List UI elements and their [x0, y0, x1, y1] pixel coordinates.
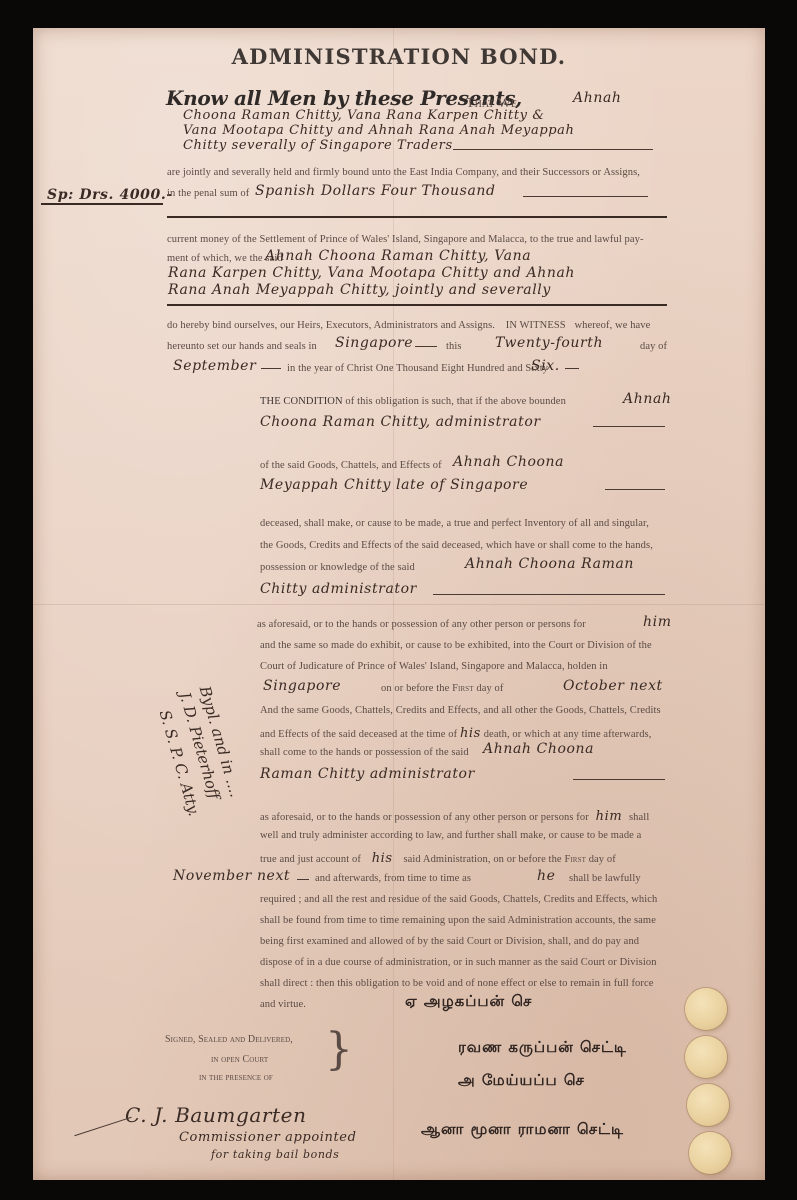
year-dash — [565, 368, 579, 369]
in-open-court: in open Court — [211, 1054, 268, 1065]
witness-rest: whereof, we have — [574, 320, 650, 331]
condition-hw-10: his — [372, 851, 393, 866]
condition-line-10: And the same Goods, Chattels, Credits an… — [260, 705, 661, 716]
seal-4 — [689, 1132, 731, 1174]
obligor-handwriting-line-0: Ahnah — [573, 90, 622, 106]
condition-line-15c: day of — [589, 854, 616, 865]
condition-caps: THE CONDITION — [260, 396, 343, 407]
day-handwriting: Twenty-fourth — [495, 335, 603, 351]
condition-line-13a: as aforesaid, or to the hands or possess… — [260, 812, 589, 823]
condition-line-1: THE CONDITION of this obligation is such… — [260, 396, 566, 407]
tamil-signature-3: அ மேய்யப்ப செ — [458, 1071, 585, 1091]
condition-fill-2 — [605, 489, 665, 490]
condition-line-15b: said Administration, on or before the — [403, 854, 561, 865]
condition-line-6: as aforesaid, or to the hands or possess… — [257, 619, 586, 630]
condition-line-19: being first examined and allowed of by t… — [260, 936, 639, 947]
condition-line-20: dispose of in a due course of administra… — [260, 957, 657, 968]
in-presence-of: in the presence of — [199, 1073, 273, 1083]
bond-document-paper: ADMINISTRATION BOND. Know all Men by the… — [33, 28, 765, 1180]
condition-hw-8b: Raman Chitty administrator — [260, 766, 475, 782]
condition-hw-2b: Meyappah Chitty late of Singapore — [260, 477, 528, 493]
condition-line-22: and virtue. — [260, 999, 306, 1010]
seal-2 — [685, 1036, 727, 1078]
payment-handwriting-line-1: Rana Karpen Chitty, Vana Mootapa Chitty … — [168, 265, 575, 281]
condition-hw-2a: Ahnah Choona — [453, 454, 564, 470]
signed-sealed-delivered: Signed, Sealed and Delivered, — [165, 1034, 293, 1045]
condition-line-21: shall direct : then this obligation to b… — [260, 978, 654, 989]
condition-hw-11: November next — [173, 868, 290, 884]
condition-hw-3a: Ahnah Choona Raman — [465, 556, 634, 572]
condition-hw-1a: Ahnah — [623, 391, 672, 407]
first-label-2: First — [564, 854, 586, 865]
seals-prefix-text: hereunto set our hands and seals in — [167, 341, 317, 352]
condition-line-3: deceased, shall make, or cause to be mad… — [260, 518, 649, 529]
condition-line-15: true and just account of his said Admini… — [260, 851, 616, 866]
this-label: this — [446, 341, 462, 352]
condition-line-11b: death, or which at any time afterwards, — [484, 729, 652, 740]
condition-line-13: as aforesaid, or to the hands or possess… — [260, 809, 649, 824]
document-title: ADMINISTRATION BOND. — [33, 44, 765, 69]
bind-text: do hereby bind ourselves, our Heirs, Exe… — [167, 320, 495, 331]
bind-ourselves-text: do hereby bind ourselves, our Heirs, Exe… — [167, 320, 650, 331]
condition-line-17: required ; and all the rest and residue … — [260, 894, 657, 905]
condition-hw-4: him — [643, 614, 672, 630]
commissioner-note-2: for taking bail bonds — [211, 1148, 339, 1161]
obligor-fill-line — [453, 149, 653, 150]
condition-fill-1 — [593, 426, 665, 427]
obligor-handwriting-line-2: Vana Mootapa Chitty and Ahnah Rana Anah … — [183, 123, 575, 138]
penal-sum-fill-line — [523, 196, 648, 197]
margin-amount-underline — [41, 203, 163, 205]
commissioner-signature: C. J. Baumgarten — [125, 1103, 307, 1127]
seal-1 — [685, 988, 727, 1030]
condition-line-9b: day of — [476, 683, 503, 694]
goods-prefix-text: of the said Goods, Chattels, and Effects… — [260, 460, 442, 471]
condition-line-11: and Effects of the said deceased at the … — [260, 726, 651, 741]
day-of-label: day of — [640, 341, 667, 352]
condition-line-8: Court of Judicature of Prince of Wales' … — [260, 661, 608, 672]
condition-line-12: shall come to the hands or possession of… — [260, 747, 469, 758]
condition-line-16a: and afterwards, from time to time as — [315, 873, 471, 884]
penal-sum-handwriting: Spanish Dollars Four Thousand — [255, 183, 496, 199]
condition-line-9a: on or before the — [381, 683, 449, 694]
condition-fill-8 — [573, 779, 665, 780]
payment-handwriting-line-0: Ahnah Choona Raman Chitty, Vana — [265, 248, 531, 264]
obligor-handwriting-line-1: Choona Raman Chitty, Vana Rana Karpen Ch… — [183, 108, 545, 123]
year-handwriting: Six. — [531, 358, 560, 374]
condition-line-18: shall be found from time to time remaini… — [260, 915, 656, 926]
place-handwriting: Singapore — [335, 335, 413, 351]
condition-line-11a: and Effects of the said deceased at the … — [260, 729, 457, 740]
currency-text: current money of the Settlement of Princ… — [167, 234, 644, 245]
condition-line-9: on or before the First day of — [381, 683, 504, 694]
condition-line-14: well and truly administer according to l… — [260, 830, 641, 841]
tamil-signature-2: ரவண கருப்பன் செட்டி — [458, 1038, 627, 1058]
attestation-brace: } — [325, 1028, 353, 1072]
bound-unto-text: are jointly and severally held and firml… — [167, 167, 640, 178]
condition-hw-12: he — [537, 868, 556, 884]
november-dash — [297, 879, 309, 880]
condition-hw-5: Singapore — [263, 678, 341, 694]
margin-amount: Sp: Drs. 4000.- — [47, 187, 173, 203]
obligor-handwriting-line-3: Chitty severally of Singapore Traders — [183, 138, 453, 153]
seal-3 — [687, 1084, 729, 1126]
payment-handwriting-line-2: Rana Anah Meyappah Chitty, jointly and s… — [168, 282, 551, 298]
condition-fill-3 — [433, 594, 665, 595]
year-text: in the year of Christ One Thousand Eight… — [287, 363, 548, 374]
place-dash — [415, 346, 437, 347]
fold-crease-horizontal — [33, 604, 765, 605]
condition-line-13b: shall — [629, 812, 649, 823]
condition-hw-3b: Chitty administrator — [260, 581, 417, 597]
month-handwriting: September — [173, 358, 256, 374]
commissioner-note-1: Commissioner appointed — [179, 1130, 357, 1145]
penal-sum-label: in the penal sum of — [167, 188, 249, 199]
condition-line-4: the Goods, Credits and Effects of the sa… — [260, 540, 653, 551]
condition-hw-9: him — [596, 809, 623, 824]
condition-line-16b: shall be lawfully — [569, 873, 641, 884]
tamil-signature-1: ஏ அழகப்பன் செ — [405, 992, 532, 1012]
tamil-signature-4: ஆனா மூனா ராமனா செட்டி — [421, 1120, 624, 1140]
month-dash — [261, 368, 281, 369]
condition-hw-1b: Choona Raman Chitty, administrator — [260, 414, 541, 430]
first-label-1: First — [452, 683, 474, 694]
condition-line-7: and the same so made do exhibit, or caus… — [260, 640, 652, 651]
condition-line-1-text: of this obligation is such, that if the … — [345, 396, 566, 407]
margin-amount-text: Sp: Drs. 4000.- — [47, 187, 173, 203]
witness-caps: IN WITNESS — [506, 320, 566, 331]
signature-flourish — [74, 1117, 131, 1136]
condition-line-5: possession or knowledge of the said — [260, 562, 415, 573]
condition-hw-6: October next — [563, 678, 663, 694]
payment-separator-rule — [167, 304, 667, 306]
condition-hw-7: his — [460, 726, 481, 741]
condition-hw-8a: Ahnah Choona — [483, 741, 594, 757]
condition-line-15a: true and just account of — [260, 854, 361, 865]
penal-sum-separator-rule — [167, 216, 667, 218]
